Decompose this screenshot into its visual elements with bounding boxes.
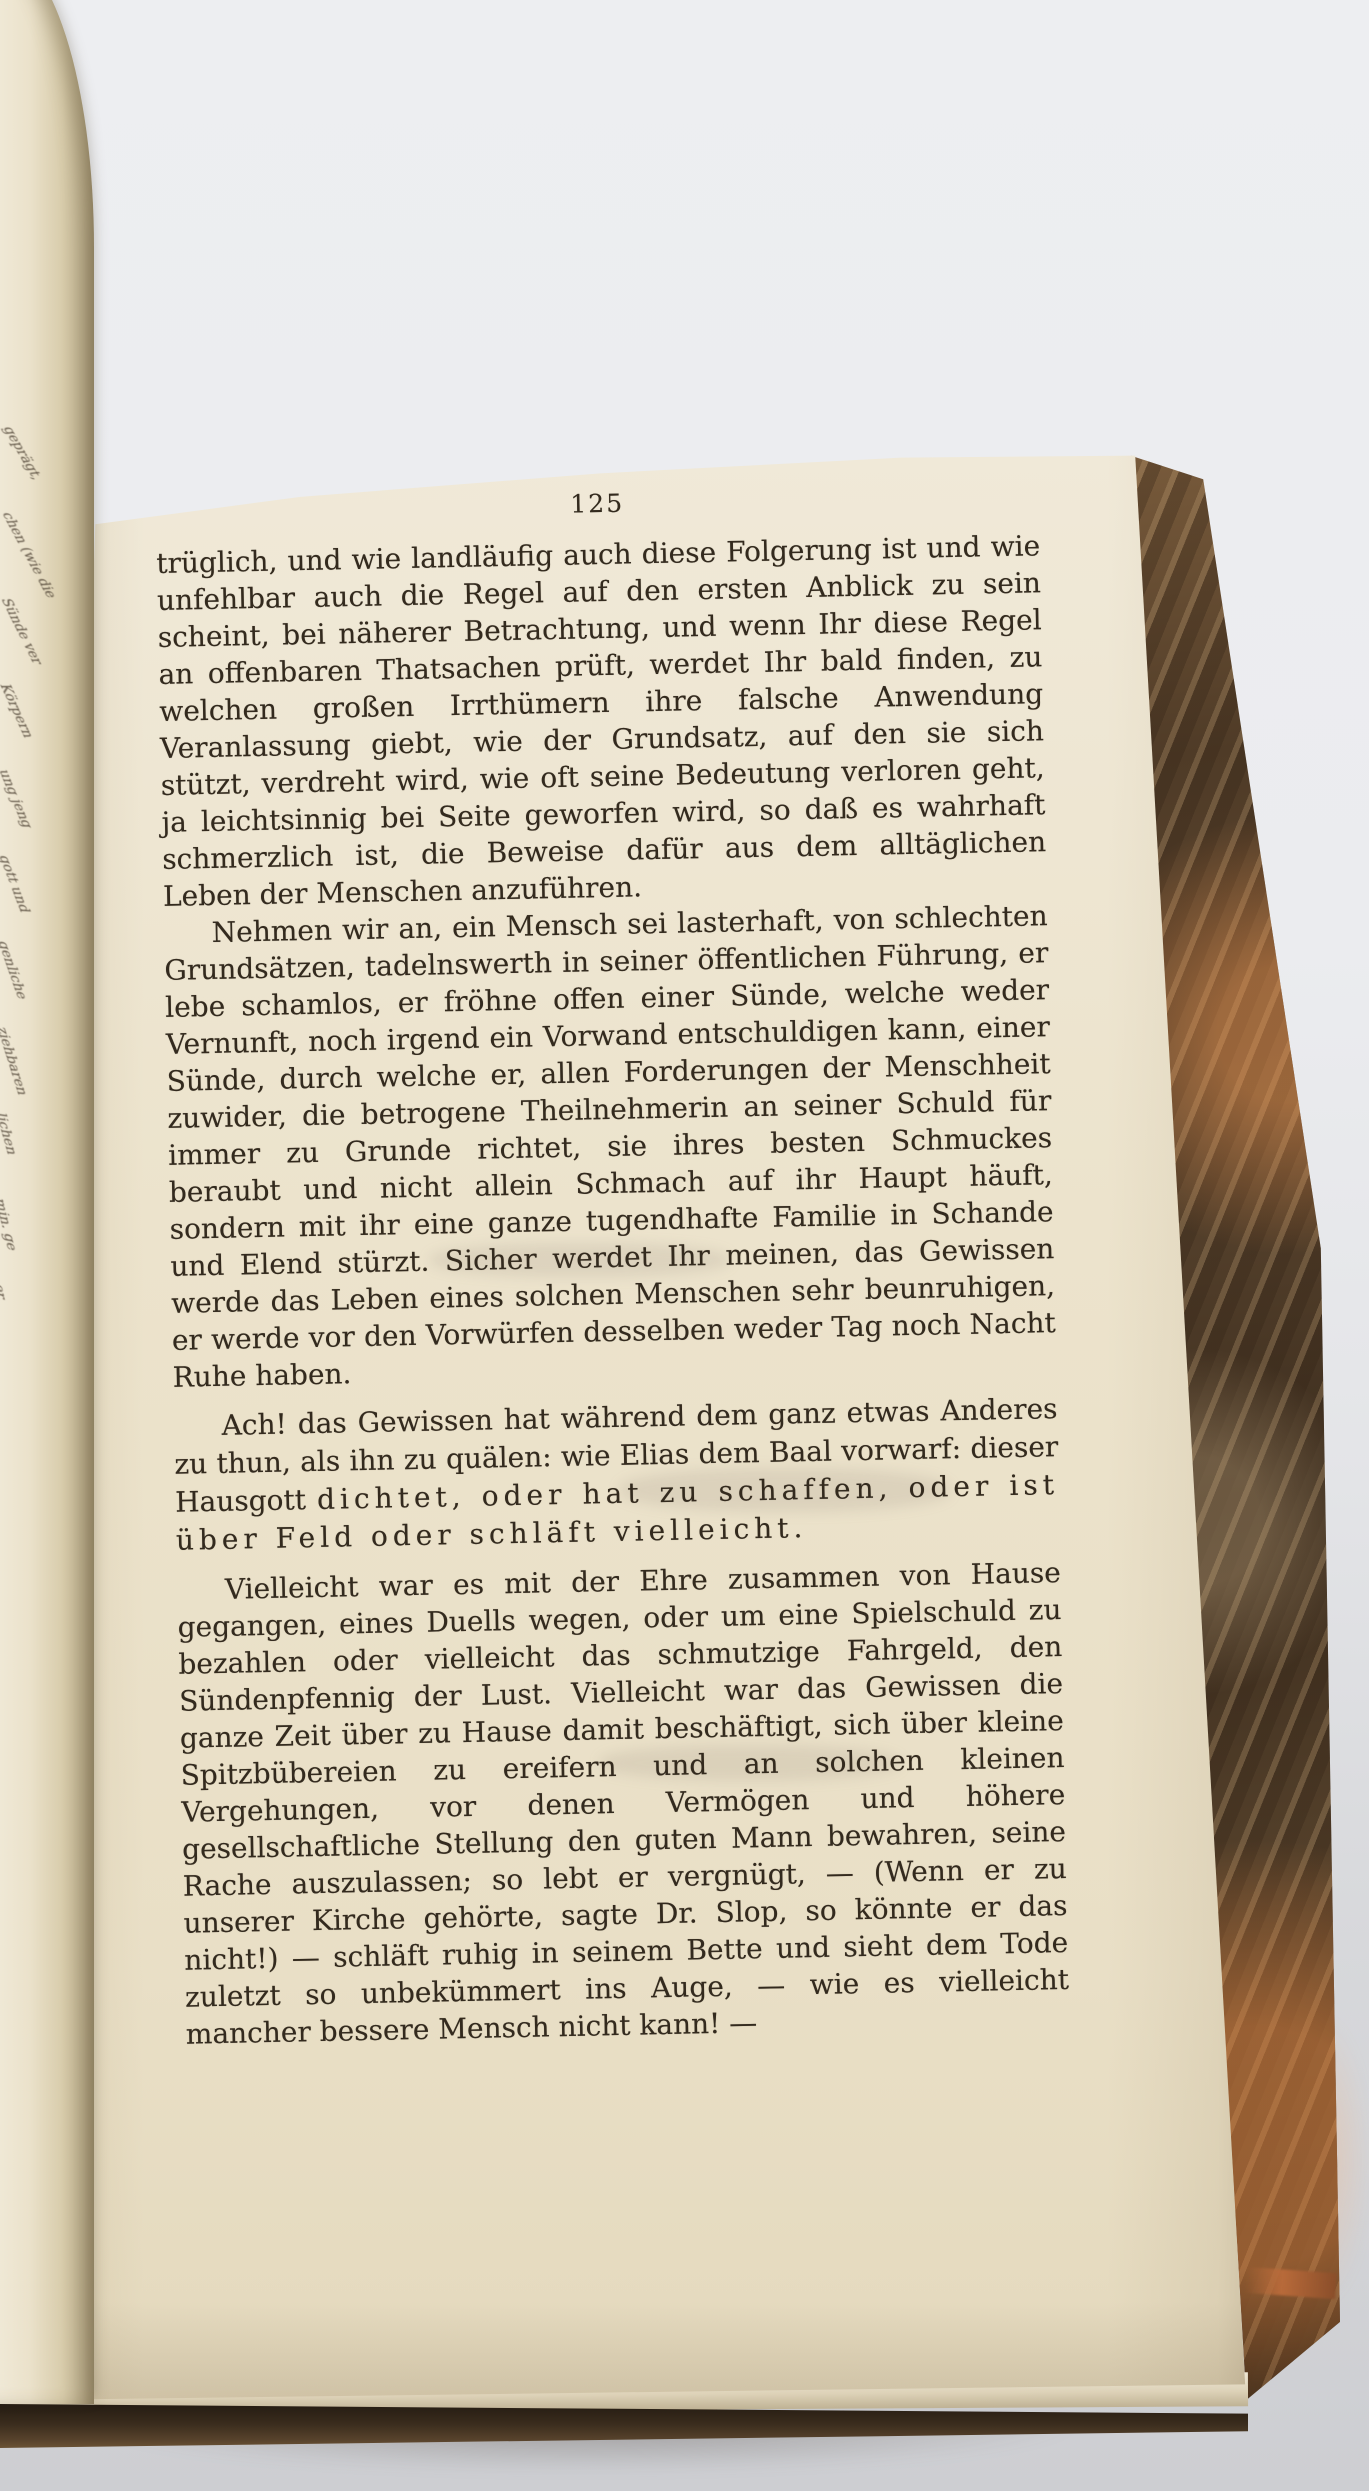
text-block: 125 trüglich, und wie landläufig auch di…: [155, 480, 1070, 2052]
left-page-curl: geprägt,chen (wie dieSünde verKörpernung…: [0, 0, 94, 2404]
body-text: trüglich, und wie landläufig auch diese …: [156, 529, 1046, 913]
body-text: Nehmen wir an, ein Mensch sei lasterhaft…: [164, 899, 1056, 1394]
page-fragment-text: min. ge: [0, 1197, 21, 1252]
body-text: Vielleicht war es mit der Ehre zusammen …: [177, 1556, 1069, 2051]
page-fragment-text: Sünde ver: [0, 598, 47, 665]
page-fragment-text: ziehbaren: [0, 1026, 31, 1096]
paragraph: trüglich, und wie landläufig auch diese …: [156, 527, 1047, 915]
paragraph: Vielleicht war es mit der Ehre zusammen …: [177, 1554, 1070, 2053]
page-fragment-text: Körpern: [0, 684, 38, 738]
page-fragment-text: genliche: [0, 941, 31, 1000]
page-fragment-text: er,: [0, 1283, 11, 1304]
page-fragment-text: ung jeng: [0, 770, 37, 829]
page-paragraphs: trüglich, und wie landläufig auch diese …: [156, 527, 1070, 2052]
page-fragment-text: geprägt,: [0, 426, 47, 481]
page-fragment-text: gott und: [0, 855, 33, 913]
page-fragment-text: lichen: [0, 1112, 21, 1157]
book-photo: 125 trüglich, und wie landläufig auch di…: [0, 0, 1369, 2491]
paragraph: Nehmen wir an, ein Mensch sei lasterhaft…: [163, 897, 1056, 1396]
paragraph: Ach! das Gewissen hat während dem ganz e…: [173, 1390, 1060, 1560]
page-fragment-text: chen (wie die: [0, 512, 61, 598]
